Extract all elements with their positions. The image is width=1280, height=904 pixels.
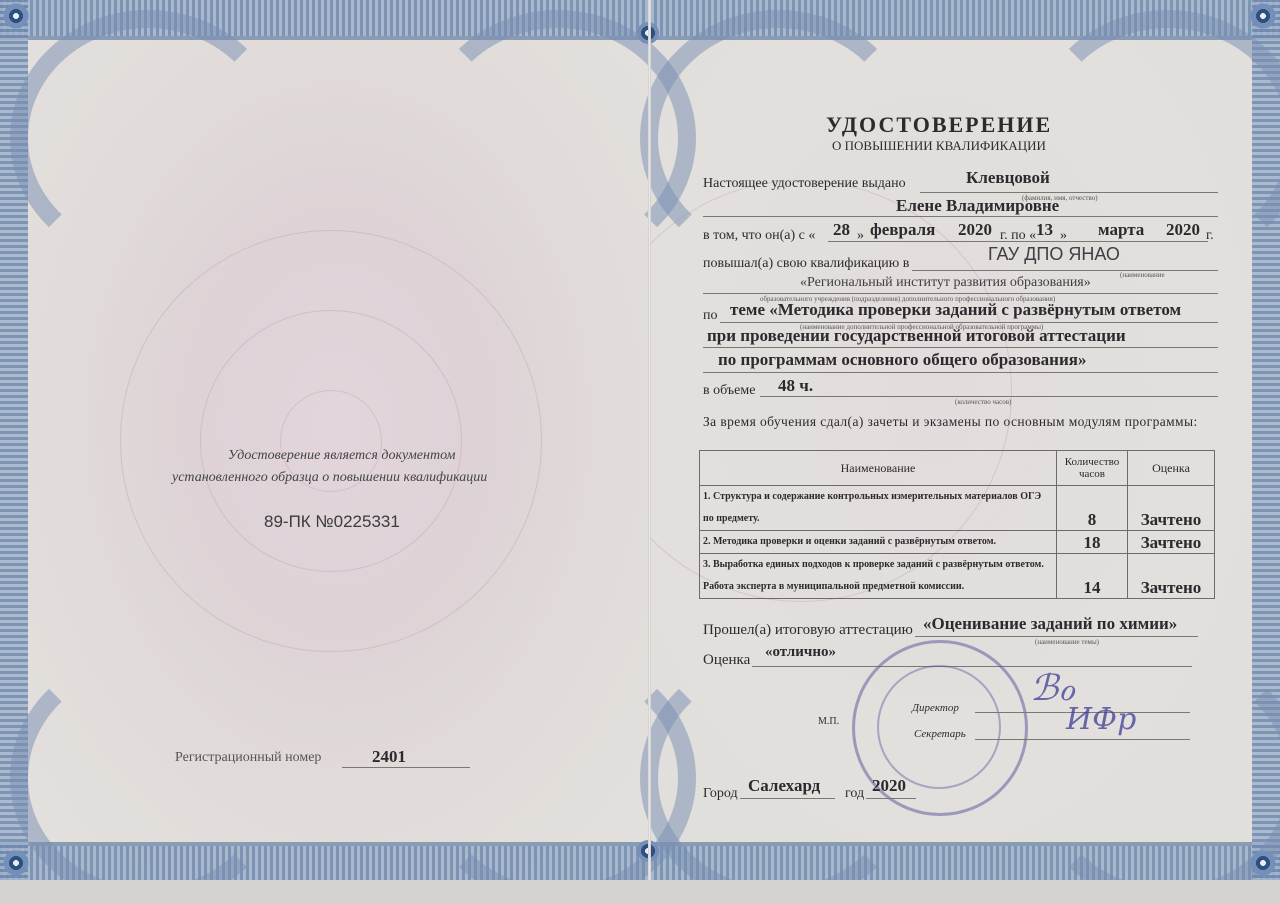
modules-intro: За время обучения сдал(а) зачеты и экзам… [703, 414, 1213, 430]
corner-rosette-icon [1250, 850, 1276, 876]
registration-label: Регистрационный номер [175, 750, 321, 766]
year-value: 2020 [872, 776, 906, 796]
period-label: в том, что он(а) с « [703, 228, 815, 244]
modules-table: Наименование Количество часов Оценка 1. … [699, 450, 1215, 599]
program-prefix: по [703, 308, 718, 324]
end-day: 13 [1036, 220, 1053, 240]
statement-line-1: Удостоверение является документом [228, 448, 455, 464]
start-year: 2020 [958, 220, 992, 240]
book-spine [648, 0, 651, 884]
background-surface [0, 880, 1280, 904]
start-day: 28 [833, 220, 850, 240]
corner-rosette-icon [1250, 3, 1276, 29]
module-name: 1. Структура и содержание контрольных из… [700, 486, 1057, 531]
module-hours: 8 [1057, 486, 1128, 531]
seal-place-label: М.П. [818, 716, 839, 727]
grade-label: Оценка [703, 652, 750, 669]
volume-underline [760, 396, 1218, 397]
director-label: Директор [912, 702, 959, 714]
registration-underline [342, 767, 470, 768]
column-header-name: Наименование [700, 451, 1057, 486]
registration-number: 2401 [372, 747, 406, 767]
module-name: 3. Выработка единых подходов к проверке … [700, 554, 1057, 599]
institution-underline-2 [703, 293, 1218, 294]
corner-rosette-icon [3, 3, 29, 29]
recipient-name: Елене Владимировне [896, 196, 1059, 216]
end-year: 2020 [1166, 220, 1200, 240]
end-month: марта [1098, 220, 1144, 240]
year-label: год [845, 786, 864, 802]
table-row: 3. Выработка единых подходов к проверке … [700, 554, 1215, 599]
secretary-label: Секретарь [914, 728, 966, 740]
institution-underline [912, 270, 1218, 271]
start-month: февраля [870, 220, 935, 240]
attestation-label: Прошел(а) итоговую аттестацию [703, 622, 913, 639]
table-header-row: Наименование Количество часов Оценка [700, 451, 1215, 486]
secretary-signature-line [975, 739, 1190, 740]
institution-hint: (наименование [1120, 271, 1165, 279]
name-underline-2 [703, 216, 1218, 217]
secretary-signature: ИФр [1066, 702, 1136, 737]
issued-to-label: Настоящее удостоверение выдано [703, 176, 906, 192]
statement-line-2: установленного образца о повышении квали… [172, 470, 487, 486]
module-name: 2. Методика проверки и оценки заданий с … [700, 531, 1057, 554]
module-grade: Зачтено [1128, 531, 1215, 554]
column-header-grade: Оценка [1128, 451, 1215, 486]
program-line-3: по программам основного общего образован… [718, 350, 1086, 370]
volume-hint: (количество часов) [955, 398, 1011, 406]
ornament-wave [10, 10, 286, 266]
module-grade: Зачтено [1128, 554, 1215, 599]
institution-full: «Региональный институт развития образова… [800, 275, 1091, 291]
program-line-2: при проведении государственной итоговой … [707, 326, 1126, 346]
document-subtitle: О ПОВЫШЕНИИ КВАЛИФИКАЦИИ [832, 138, 1046, 154]
attestation-underline [915, 636, 1198, 637]
attestation-topic: «Оценивание заданий по химии» [923, 614, 1177, 634]
module-hours: 18 [1057, 531, 1128, 554]
institution-label: повышал(а) свою квалификацию в [703, 256, 909, 272]
attestation-hint: (наименование темы) [1035, 638, 1099, 646]
year-underline [866, 798, 916, 799]
table-row: 1. Структура и содержание контрольных из… [700, 486, 1215, 531]
recipient-surname: Клевцовой [966, 168, 1050, 188]
ornament-wave [10, 650, 286, 904]
document-title: УДОСТОВЕРЕНИЕ [826, 112, 1052, 138]
city-underline [740, 798, 835, 799]
module-grade: Зачтено [1128, 486, 1215, 531]
serial-number: 89-ПК №0225331 [264, 512, 400, 532]
module-hours: 14 [1057, 554, 1128, 599]
city-label: Город [703, 786, 738, 802]
column-header-hours: Количество часов [1057, 451, 1128, 486]
program-line-1: теме «Методика проверки заданий с развёр… [730, 300, 1181, 320]
program-underline-3 [703, 372, 1218, 373]
name-underline [920, 192, 1218, 193]
grade-value: «отлично» [765, 644, 836, 661]
program-underline-2 [703, 347, 1218, 348]
volume-value: 48 ч. [778, 376, 813, 396]
volume-label: в объеме [703, 383, 755, 399]
corner-rosette-icon [3, 850, 29, 876]
period-underline [828, 241, 1208, 242]
institution-short: ГАУ ДПО ЯНАО [988, 244, 1120, 265]
city-value: Салехард [748, 776, 820, 796]
table-row: 2. Методика проверки и оценки заданий с … [700, 531, 1215, 554]
